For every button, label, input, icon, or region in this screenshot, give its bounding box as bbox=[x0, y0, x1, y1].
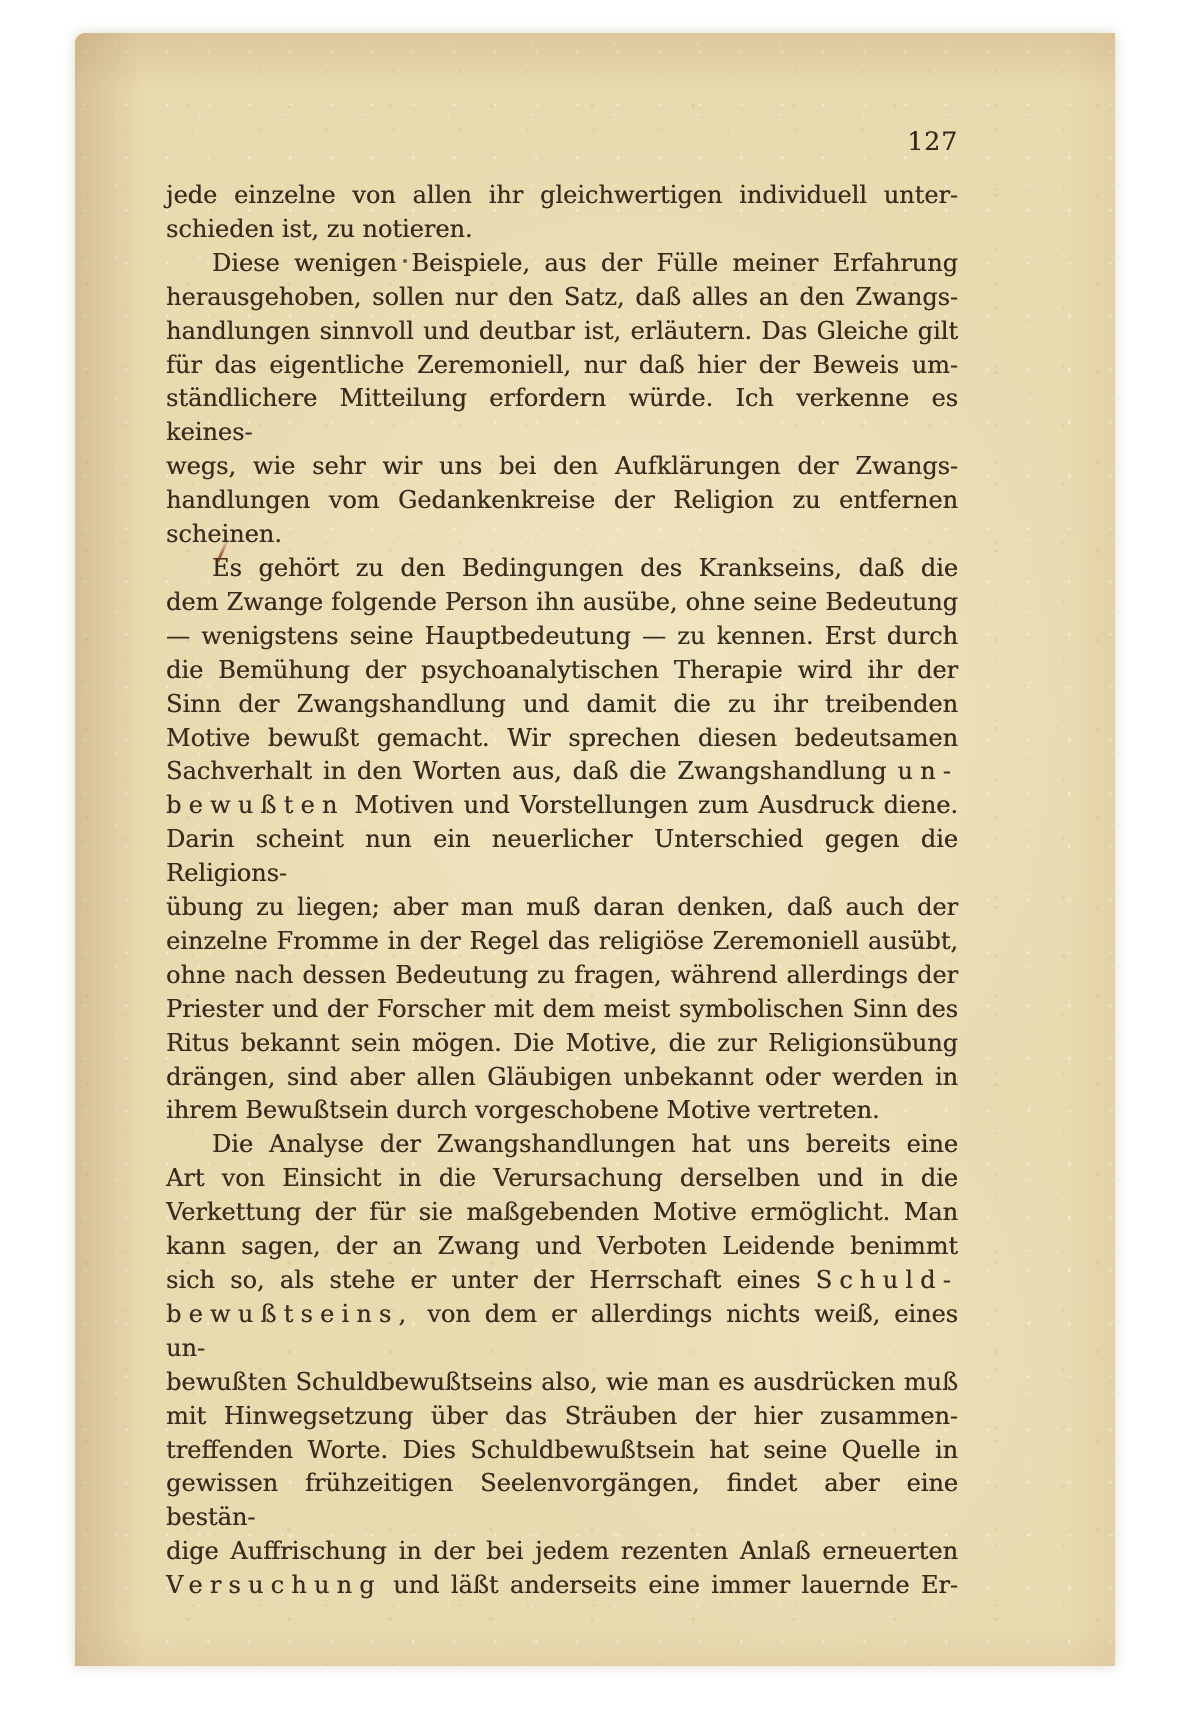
text-line: übung zu liegen; aber man muß daran denk… bbox=[166, 891, 958, 925]
text-segment: ihrem Bewußtsein durch vorgeschobene Mot… bbox=[166, 1096, 880, 1124]
text-segment: Diese wenigen Beispiele, aus der Fülle m… bbox=[212, 249, 958, 277]
text-line: einzelne Fromme in der Regel das religiö… bbox=[166, 925, 958, 959]
book-page-scan: 127 jede einzelne von allen ihr gleichwe… bbox=[75, 33, 1115, 1666]
text-segment: ständlichere Mitteilung erfordern würde.… bbox=[166, 384, 958, 446]
text-line: Versuchung und läßt anderseits eine imme… bbox=[166, 1569, 958, 1603]
text-segment: Sachverhalt in den Worten aus, daß die Z… bbox=[166, 757, 897, 785]
text-segment: ohne nach dessen Bedeutung zu fragen, wä… bbox=[166, 961, 958, 989]
text-line: jede einzelne von allen ihr gleichwertig… bbox=[166, 179, 958, 213]
paragraph: Die Analyse der Zwangshandlungen hat uns… bbox=[166, 1128, 958, 1603]
letterspaced-emphasis: bewußtseins, bbox=[166, 1300, 413, 1328]
text-line: die Bemühung der psychoanalytischen Ther… bbox=[166, 654, 958, 688]
text-line: Es gehört zu den Bedingungen des Krankse… bbox=[166, 552, 958, 586]
text-line: bewußten Motiven und Vorstellungen zum A… bbox=[166, 789, 958, 823]
text-line: Darin scheint nun ein neuerlicher Unters… bbox=[166, 823, 958, 891]
page-text: jede einzelne von allen ihr gleichwertig… bbox=[166, 179, 958, 1603]
text-line: Die Analyse der Zwangshandlungen hat uns… bbox=[166, 1128, 958, 1162]
text-segment: und läßt anderseits eine immer lauernde … bbox=[382, 1571, 958, 1599]
text-line: Verkettung der für sie maßgebenden Motiv… bbox=[166, 1196, 958, 1230]
text-line: ohne nach dessen Bedeutung zu fragen, wä… bbox=[166, 959, 958, 993]
text-segment: jede einzelne von allen ihr gleichwertig… bbox=[166, 181, 958, 209]
paragraph: Es gehört zu den Bedingungen des Krankse… bbox=[166, 552, 958, 1128]
text-line: Diese wenigen Beispiele, aus der Fülle m… bbox=[166, 247, 958, 281]
text-line: — wenigstens seine Hauptbedeutung — zu k… bbox=[166, 620, 958, 654]
text-line: ständlichere Mitteilung erfordern würde.… bbox=[166, 382, 958, 450]
page-number: 127 bbox=[166, 127, 969, 156]
text-segment: dem Zwange folgende Person ihn ausübe, o… bbox=[166, 588, 958, 616]
text-segment: Darin scheint nun ein neuerlicher Unters… bbox=[166, 825, 958, 887]
paragraph: jede einzelne von allen ihr gleichwertig… bbox=[166, 179, 958, 247]
text-segment: drängen, sind aber allen Gläubigen unbek… bbox=[166, 1063, 958, 1091]
text-segment: Es gehört zu den Bedingungen des Krankse… bbox=[212, 554, 958, 582]
text-segment: übung zu liegen; aber man muß daran denk… bbox=[166, 893, 958, 921]
text-segment: bewußten Schuldbewußtseins also, wie man… bbox=[166, 1368, 958, 1396]
text-segment: Verkettung der für sie maßgebenden Motiv… bbox=[166, 1198, 958, 1226]
text-segment: mit Hinwegsetzung über das Sträuben der … bbox=[166, 1402, 958, 1430]
text-line: für das eigentliche Zeremoniell, nur daß… bbox=[166, 349, 958, 383]
letterspaced-emphasis: un- bbox=[897, 757, 958, 785]
text-segment: wegs, wie sehr wir uns bei den Aufklärun… bbox=[166, 452, 958, 480]
text-line: handlungen sinnvoll und deutbar ist, erl… bbox=[166, 315, 958, 349]
text-segment: Motive bewußt gemacht. Wir sprechen dies… bbox=[166, 724, 958, 752]
text-line: Sachverhalt in den Worten aus, daß die Z… bbox=[166, 755, 958, 789]
text-segment: Motiven und Vorstellungen zum Ausdruck d… bbox=[345, 791, 958, 819]
text-line: mit Hinwegsetzung über das Sträuben der … bbox=[166, 1400, 958, 1434]
text-segment: schieden ist, zu notieren. bbox=[166, 215, 473, 243]
text-segment: für das eigentliche Zeremoniell, nur daß… bbox=[166, 351, 958, 379]
text-segment: herausgehoben, sollen nur den Satz, daß … bbox=[166, 283, 958, 311]
text-line: dige Auffrischung in der bei jedem rezen… bbox=[166, 1535, 958, 1569]
paper-fleck bbox=[403, 259, 407, 263]
text-segment: kann sagen, der an Zwang und Verboten Le… bbox=[166, 1232, 958, 1260]
text-line: Art von Einsicht in die Verursachung der… bbox=[166, 1162, 958, 1196]
text-segment: Sinn der Zwangshandlung und damit die zu… bbox=[166, 690, 958, 718]
text-line: Priester und der Forscher mit dem meist … bbox=[166, 993, 958, 1027]
text-segment: handlungen sinnvoll und deutbar ist, erl… bbox=[166, 317, 958, 345]
text-line: scheinen. bbox=[166, 518, 958, 552]
text-line: dem Zwange folgende Person ihn ausübe, o… bbox=[166, 586, 958, 620]
text-segment: Priester und der Forscher mit dem meist … bbox=[166, 995, 958, 1023]
text-line: Ritus bekannt sein mögen. Die Motive, di… bbox=[166, 1027, 958, 1061]
text-line: gewissen frühzeitigen Seelenvorgängen, f… bbox=[166, 1467, 958, 1535]
text-segment: Die Analyse der Zwangshandlungen hat uns… bbox=[212, 1130, 958, 1158]
text-line: bewußtseins, von dem er allerdings nicht… bbox=[166, 1298, 958, 1366]
paragraph: Diese wenigen Beispiele, aus der Fülle m… bbox=[166, 247, 958, 552]
letterspaced-emphasis: Versuchung bbox=[166, 1571, 382, 1599]
text-segment: sich so, als stehe er unter der Herrscha… bbox=[166, 1266, 816, 1294]
text-line: kann sagen, der an Zwang und Verboten Le… bbox=[166, 1230, 958, 1264]
text-segment: die Bemühung der psychoanalytischen Ther… bbox=[166, 656, 958, 684]
text-line: wegs, wie sehr wir uns bei den Aufklärun… bbox=[166, 450, 958, 484]
text-line: drängen, sind aber allen Gläubigen unbek… bbox=[166, 1061, 958, 1095]
text-line: Sinn der Zwangshandlung und damit die zu… bbox=[166, 688, 958, 722]
text-segment: Ritus bekannt sein mögen. Die Motive, di… bbox=[166, 1029, 958, 1057]
text-segment: dige Auffrischung in der bei jedem rezen… bbox=[166, 1537, 958, 1565]
text-line: herausgehoben, sollen nur den Satz, daß … bbox=[166, 281, 958, 315]
letterspaced-emphasis: bewußten bbox=[166, 791, 345, 819]
text-segment: — wenigstens seine Hauptbedeutung — zu k… bbox=[166, 622, 958, 650]
text-line: bewußten Schuldbewußtseins also, wie man… bbox=[166, 1366, 958, 1400]
text-segment: gewissen frühzeitigen Seelenvorgängen, f… bbox=[166, 1469, 958, 1531]
text-line: schieden ist, zu notieren. bbox=[166, 213, 958, 247]
text-segment: handlungen vom Gedankenkreise der Religi… bbox=[166, 486, 958, 514]
text-line: sich so, als stehe er unter der Herrscha… bbox=[166, 1264, 958, 1298]
text-segment: einzelne Fromme in der Regel das religiö… bbox=[166, 927, 958, 955]
text-segment: treffenden Worte. Dies Schuldbewußtsein … bbox=[166, 1436, 958, 1464]
text-line: Motive bewußt gemacht. Wir sprechen dies… bbox=[166, 722, 958, 756]
text-line: handlungen vom Gedankenkreise der Religi… bbox=[166, 484, 958, 518]
text-line: treffenden Worte. Dies Schuldbewußtsein … bbox=[166, 1434, 958, 1468]
text-line: ihrem Bewußtsein durch vorgeschobene Mot… bbox=[166, 1094, 958, 1128]
text-segment: Art von Einsicht in die Verursachung der… bbox=[166, 1164, 958, 1192]
letterspaced-emphasis: Schuld- bbox=[816, 1266, 958, 1294]
